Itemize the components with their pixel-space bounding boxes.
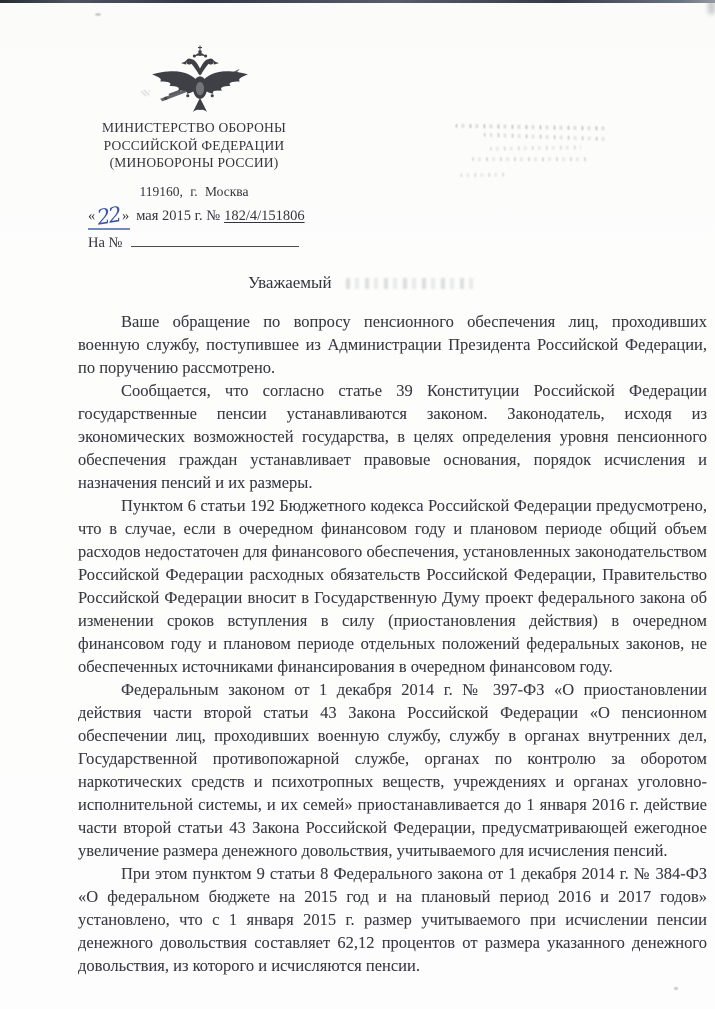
- date-and-number-line: «22»мая 2015 г. №182/4/151806: [88, 204, 305, 230]
- ministry-emblem: [149, 44, 251, 122]
- ministry-address: 119160, г. Москва: [53, 184, 335, 200]
- scan-speck: [141, 90, 150, 96]
- double-headed-eagle-icon: [149, 44, 251, 122]
- scan-speck: [674, 987, 678, 990]
- date-text: мая 2015 г. №: [136, 208, 220, 224]
- faded-addressee-name: [346, 278, 478, 289]
- ministry-name-line: МИНИСТЕРСТВО ОБОРОНЫ: [53, 119, 335, 137]
- salutation-text: Уважаемый: [248, 273, 332, 292]
- paragraph: Ваше обращение по вопросу пенсионного об…: [78, 310, 707, 379]
- scan-top-edge-artifact: [0, 0, 715, 3]
- paragraph: Федеральным законом от 1 декабря 2014 г.…: [78, 678, 707, 862]
- ministry-name-line: (МИНОБОРОНЫ РОССИИ): [53, 154, 335, 172]
- blank-underline: [131, 234, 299, 247]
- scan-corner-artifact: [708, 0, 715, 14]
- document-number: 182/4/151806: [224, 208, 305, 224]
- faded-stamp: [455, 124, 624, 197]
- ministry-name-block: МИНИСТЕРСТВО ОБОРОНЫ РОССИЙСКОЙ ФЕДЕРАЦИ…: [53, 119, 335, 172]
- reference-label: На №: [88, 235, 122, 251]
- scan-speck: [95, 13, 101, 16]
- paragraph: При этом пунктом 9 статьи 8 Федерального…: [78, 862, 707, 977]
- paragraph: Пунктом 6 статьи 192 Бюджетного кодекса …: [78, 494, 707, 678]
- paragraph: Сообщается, что согласно статье 39 Конст…: [78, 379, 707, 494]
- close-quote-mark: »: [122, 208, 129, 224]
- scanned-letter: МИНИСТЕРСТВО ОБОРОНЫ РОССИЙСКОЙ ФЕДЕРАЦИ…: [0, 0, 715, 1009]
- ministry-name-line: РОССИЙСКОЙ ФЕДЕРАЦИИ: [53, 137, 335, 155]
- handwritten-day-value: 22: [94, 202, 124, 230]
- incoming-reference-line: На №: [88, 234, 299, 252]
- letter-body: Уважаемый Ваше обращение по вопросу пенс…: [78, 271, 707, 977]
- salutation-line: Уважаемый: [78, 271, 707, 295]
- handwritten-date-day: «22»: [88, 204, 130, 230]
